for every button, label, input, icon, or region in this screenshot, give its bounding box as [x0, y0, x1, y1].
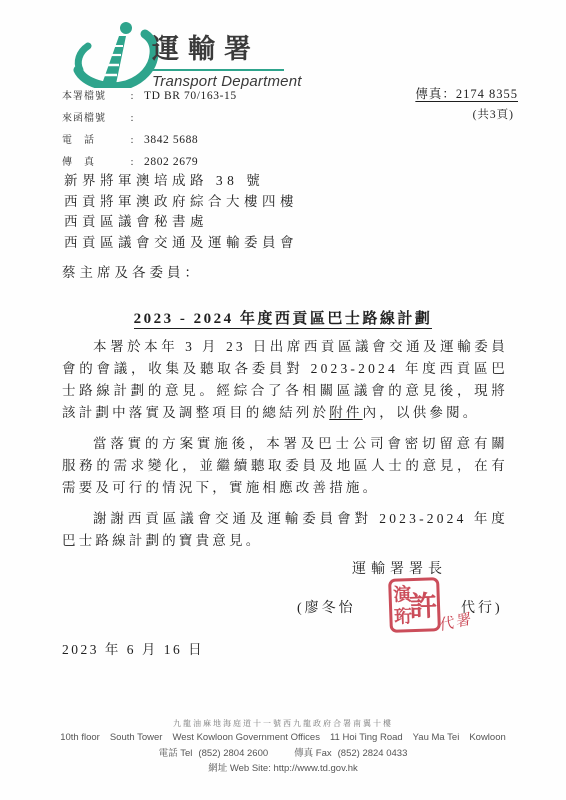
handwritten-seal-annotation: 代署: [436, 608, 474, 636]
ref-value: 3842 5688: [144, 134, 237, 146]
reference-block: 本署檔號 : TD BR 70/163-15 來函檔號 : 電 話 : 3842…: [62, 87, 237, 168]
ref-colon: :: [120, 113, 144, 124]
paragraph-3: 謝謝西貢區議會交通及運輸委員會對 2023-2024 年度巴士路線計劃的寶貴意見…: [62, 508, 508, 552]
ref-label: 本署檔號: [62, 87, 120, 102]
ref-row-fax: 傳 真 : 2802 2679: [62, 153, 237, 168]
subject-title: 2023 - 2024 年度西貢區巴士路線計劃: [134, 311, 433, 329]
letterhead-footer: 九龍油麻地海庭道十一號西九龍政府合署南翼十樓 10th floorSouth T…: [0, 718, 566, 774]
footer-fax-label: 傳真 Fax: [294, 748, 331, 759]
recipient-address: 新界將軍澳培成路 38 號 西貢將軍澳政府綜合大樓四樓 西貢區議會秘書處 西貢區…: [64, 171, 298, 253]
ref-row-your-ref: 來函檔號 :: [62, 109, 237, 124]
page-count-note: (共3頁): [415, 106, 518, 122]
fax-number-line: 傳真：2174 8355: [415, 84, 518, 102]
ref-colon: :: [120, 135, 144, 146]
signatory-name: (廖冬怡: [297, 597, 356, 617]
letter-date: 2023 年 6 月 16 日: [62, 638, 204, 658]
footer-address-english: 10th floorSouth TowerWest Kowloon Govern…: [0, 732, 566, 743]
ref-colon: :: [120, 157, 144, 168]
attachment-reference: 附件: [329, 405, 362, 420]
signatory-title: 運輸署署長: [352, 558, 447, 578]
paragraph-1-end: 內，以供參閱。: [363, 405, 480, 420]
paragraph-1: 本署於本年 3 月 23 日出席西貢區議會交通及運輸委員會的會議，收集及聽取各委…: [62, 336, 508, 424]
footer-contact-line: 電話 Tel(852) 2804 2600傳真 Fax(852) 2824 04…: [0, 745, 566, 759]
ref-value: TD BR 70/163-15: [144, 90, 237, 102]
footer-website-line: 網址 Web Site: http://www.td.gov.hk: [0, 760, 566, 774]
footer-address-part: South Tower: [110, 732, 163, 743]
footer-tel-label: 電話 Tel: [159, 748, 193, 759]
transport-department-logo-icon: [66, 20, 160, 93]
ref-row-telephone: 電 話 : 3842 5688: [62, 131, 237, 146]
footer-address-part: Yau Ma Tei: [413, 732, 460, 743]
masthead: 運輸署 Transport Department: [152, 27, 302, 90]
masthead-divider: [152, 69, 284, 71]
fax-destination-block: 傳真：2174 8355 (共3頁): [415, 84, 518, 122]
ref-colon: :: [120, 91, 144, 102]
recipient-line: 西貢區議會秘書處: [64, 212, 298, 233]
department-name-chinese: 運輸署: [152, 27, 302, 66]
red-seal-stamp-icon: 演 珩 許: [388, 577, 441, 633]
salutation: 蔡主席及各委員：: [62, 261, 202, 281]
ref-label: 來函檔號: [62, 109, 120, 124]
footer-fax-number: (852) 2824 0433: [338, 748, 408, 759]
seal-right-column: 許: [410, 582, 435, 627]
footer-address-part: 10th floor: [60, 732, 100, 743]
ref-label: 傳 真: [62, 153, 120, 168]
letter-page: 運輸署 Transport Department 本署檔號 : TD BR 70…: [0, 0, 566, 800]
footer-address-part: Kowloon: [469, 732, 505, 743]
recipient-line: 新界將軍澳培成路 38 號: [64, 171, 298, 192]
ref-label: 電 話: [62, 131, 120, 146]
seal-char: 許: [408, 584, 437, 625]
ref-value: 2802 2679: [144, 156, 237, 168]
letter-body: 本署於本年 3 月 23 日出席西貢區議會交通及運輸委員會的會議，收集及聽取各委…: [62, 336, 508, 561]
footer-address-part: West Kowloon Government Offices: [172, 732, 320, 743]
paragraph-2: 當落實的方案實施後，本署及巴士公司會密切留意有關服務的需求變化，並繼續聽取委員及…: [62, 433, 508, 499]
recipient-line: 西貢區議會交通及運輸委員會: [64, 233, 298, 254]
footer-tel-number: (852) 2804 2600: [198, 748, 268, 759]
footer-address-chinese: 九龍油麻地海庭道十一號西九龍政府合署南翼十樓: [0, 718, 566, 729]
ref-row-our-ref: 本署檔號 : TD BR 70/163-15: [62, 87, 237, 102]
footer-address-part: 11 Hoi Ting Road: [330, 732, 403, 743]
recipient-line: 西貢將軍澳政府綜合大樓四樓: [64, 192, 298, 213]
subject-wrap: 2023 - 2024 年度西貢區巴士路線計劃: [0, 307, 566, 328]
